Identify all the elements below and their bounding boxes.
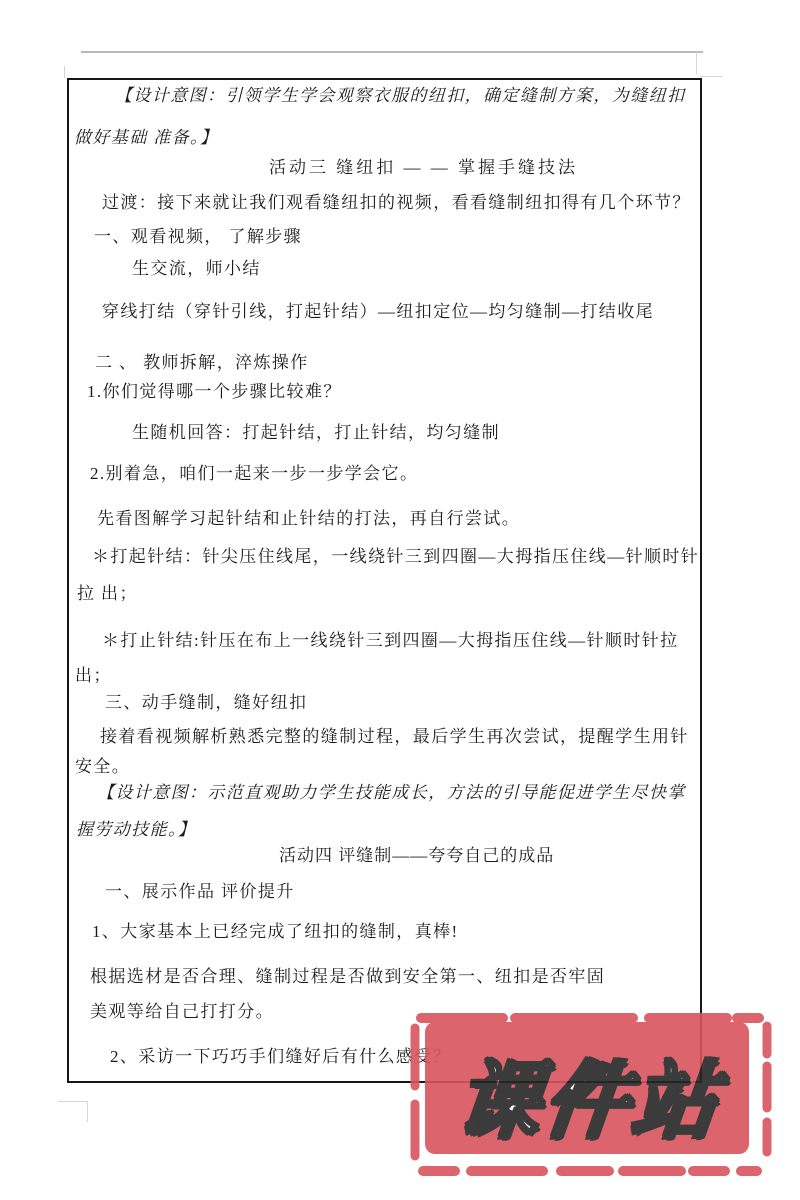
doc-line: ＊打止针结:针压在布上一线绕针三到四圈—大拇指压住线—针顺时针拉 [102,630,679,652]
doc-line: 2、采访一下巧巧手们缝好后有什么感受？ [110,1046,451,1068]
activity-3-heading: 活动三 缝纽扣 — — 掌握手缝技法 [269,157,578,179]
doc-line: 根据选材是否合理、缝制过程是否做到安全第一、纽扣是否牢固 [90,966,605,988]
activity-4-heading: 活动四 评缝制——夸夸自己的成品 [279,845,554,867]
doc-line: 穿线打结（穿针引线，打起针结）—纽扣定位—均匀缝制—打结收尾 [102,301,654,323]
doc-line: 三、动手缝制，缝好纽扣 [105,692,307,714]
design-intent-note-line: 握劳动技能。】 [76,819,196,841]
document-page: { "stamp": { "text": "课件站", "red": "#d85… [0,0,800,1200]
doc-line: 1、大家基本上已经完成了纽扣的缝制，真棒! [92,921,459,943]
doc-line: 生交流，师小结 [132,258,261,280]
doc-line: 生随机回答：打起针结，打止针结，均匀缝制 [132,422,500,444]
doc-line: 1.你们觉得哪一个步骤比较难？ [87,381,342,403]
doc-line: 一、观看视频， 了解步骤 [94,226,302,248]
design-intent-note-line: 【设计意图：引领学生学会观察衣服的纽扣，确定缝制方案，为缝纽扣 [115,85,685,107]
doc-line: 二 、 教师拆解，淬炼操作 [95,352,309,374]
design-intent-note-line: 【设计意图：示范直观助力学生技能成长，方法的引导能促进学生尽快掌 [97,782,686,804]
kejianzhan-stamp-watermark: 课件站 [407,1006,779,1182]
gridline-stub [64,66,65,78]
margin-corner-mark [87,1101,88,1122]
margin-boundary-line [81,51,703,53]
doc-line: 出； [75,665,112,687]
stamp-text: 课件站 [407,1034,772,1155]
doc-line: 安全。 [75,756,130,778]
design-intent-note-line: 做好基础 准备。】 [74,127,218,149]
doc-line: 一、展示作品 评价提升 [105,881,295,903]
gridline-stub [700,76,722,77]
doc-line: 过渡：接下来就让我们观看缝纽扣的视频，看看缝制纽扣得有几个环节？ [102,192,691,214]
margin-corner-mark [58,1101,88,1102]
lesson-plan-table-cell: 【设计意图：引领学生学会观察衣服的纽扣，确定缝制方案，为缝纽扣 做好基础 准备。… [67,78,702,1083]
doc-line: ＊打起针结：针尖压住线尾，一线绕针三到四圈—大拇指压住线—针顺时针 [92,546,699,568]
doc-line: 2.别着急，咱们一起来一步一步学会它。 [90,463,418,485]
doc-line: 接着看视频解析熟悉完整的缝制过程，最后学生再次尝试，提醒学生用针 [100,726,689,748]
doc-line: 先看图解学习起针结和止针结的打法，再自行尝试。 [97,508,520,530]
gridline-stub [696,52,697,74]
doc-line: 拉 出； [77,583,138,605]
doc-line: 美观等给自己打打分。 [90,1001,274,1023]
